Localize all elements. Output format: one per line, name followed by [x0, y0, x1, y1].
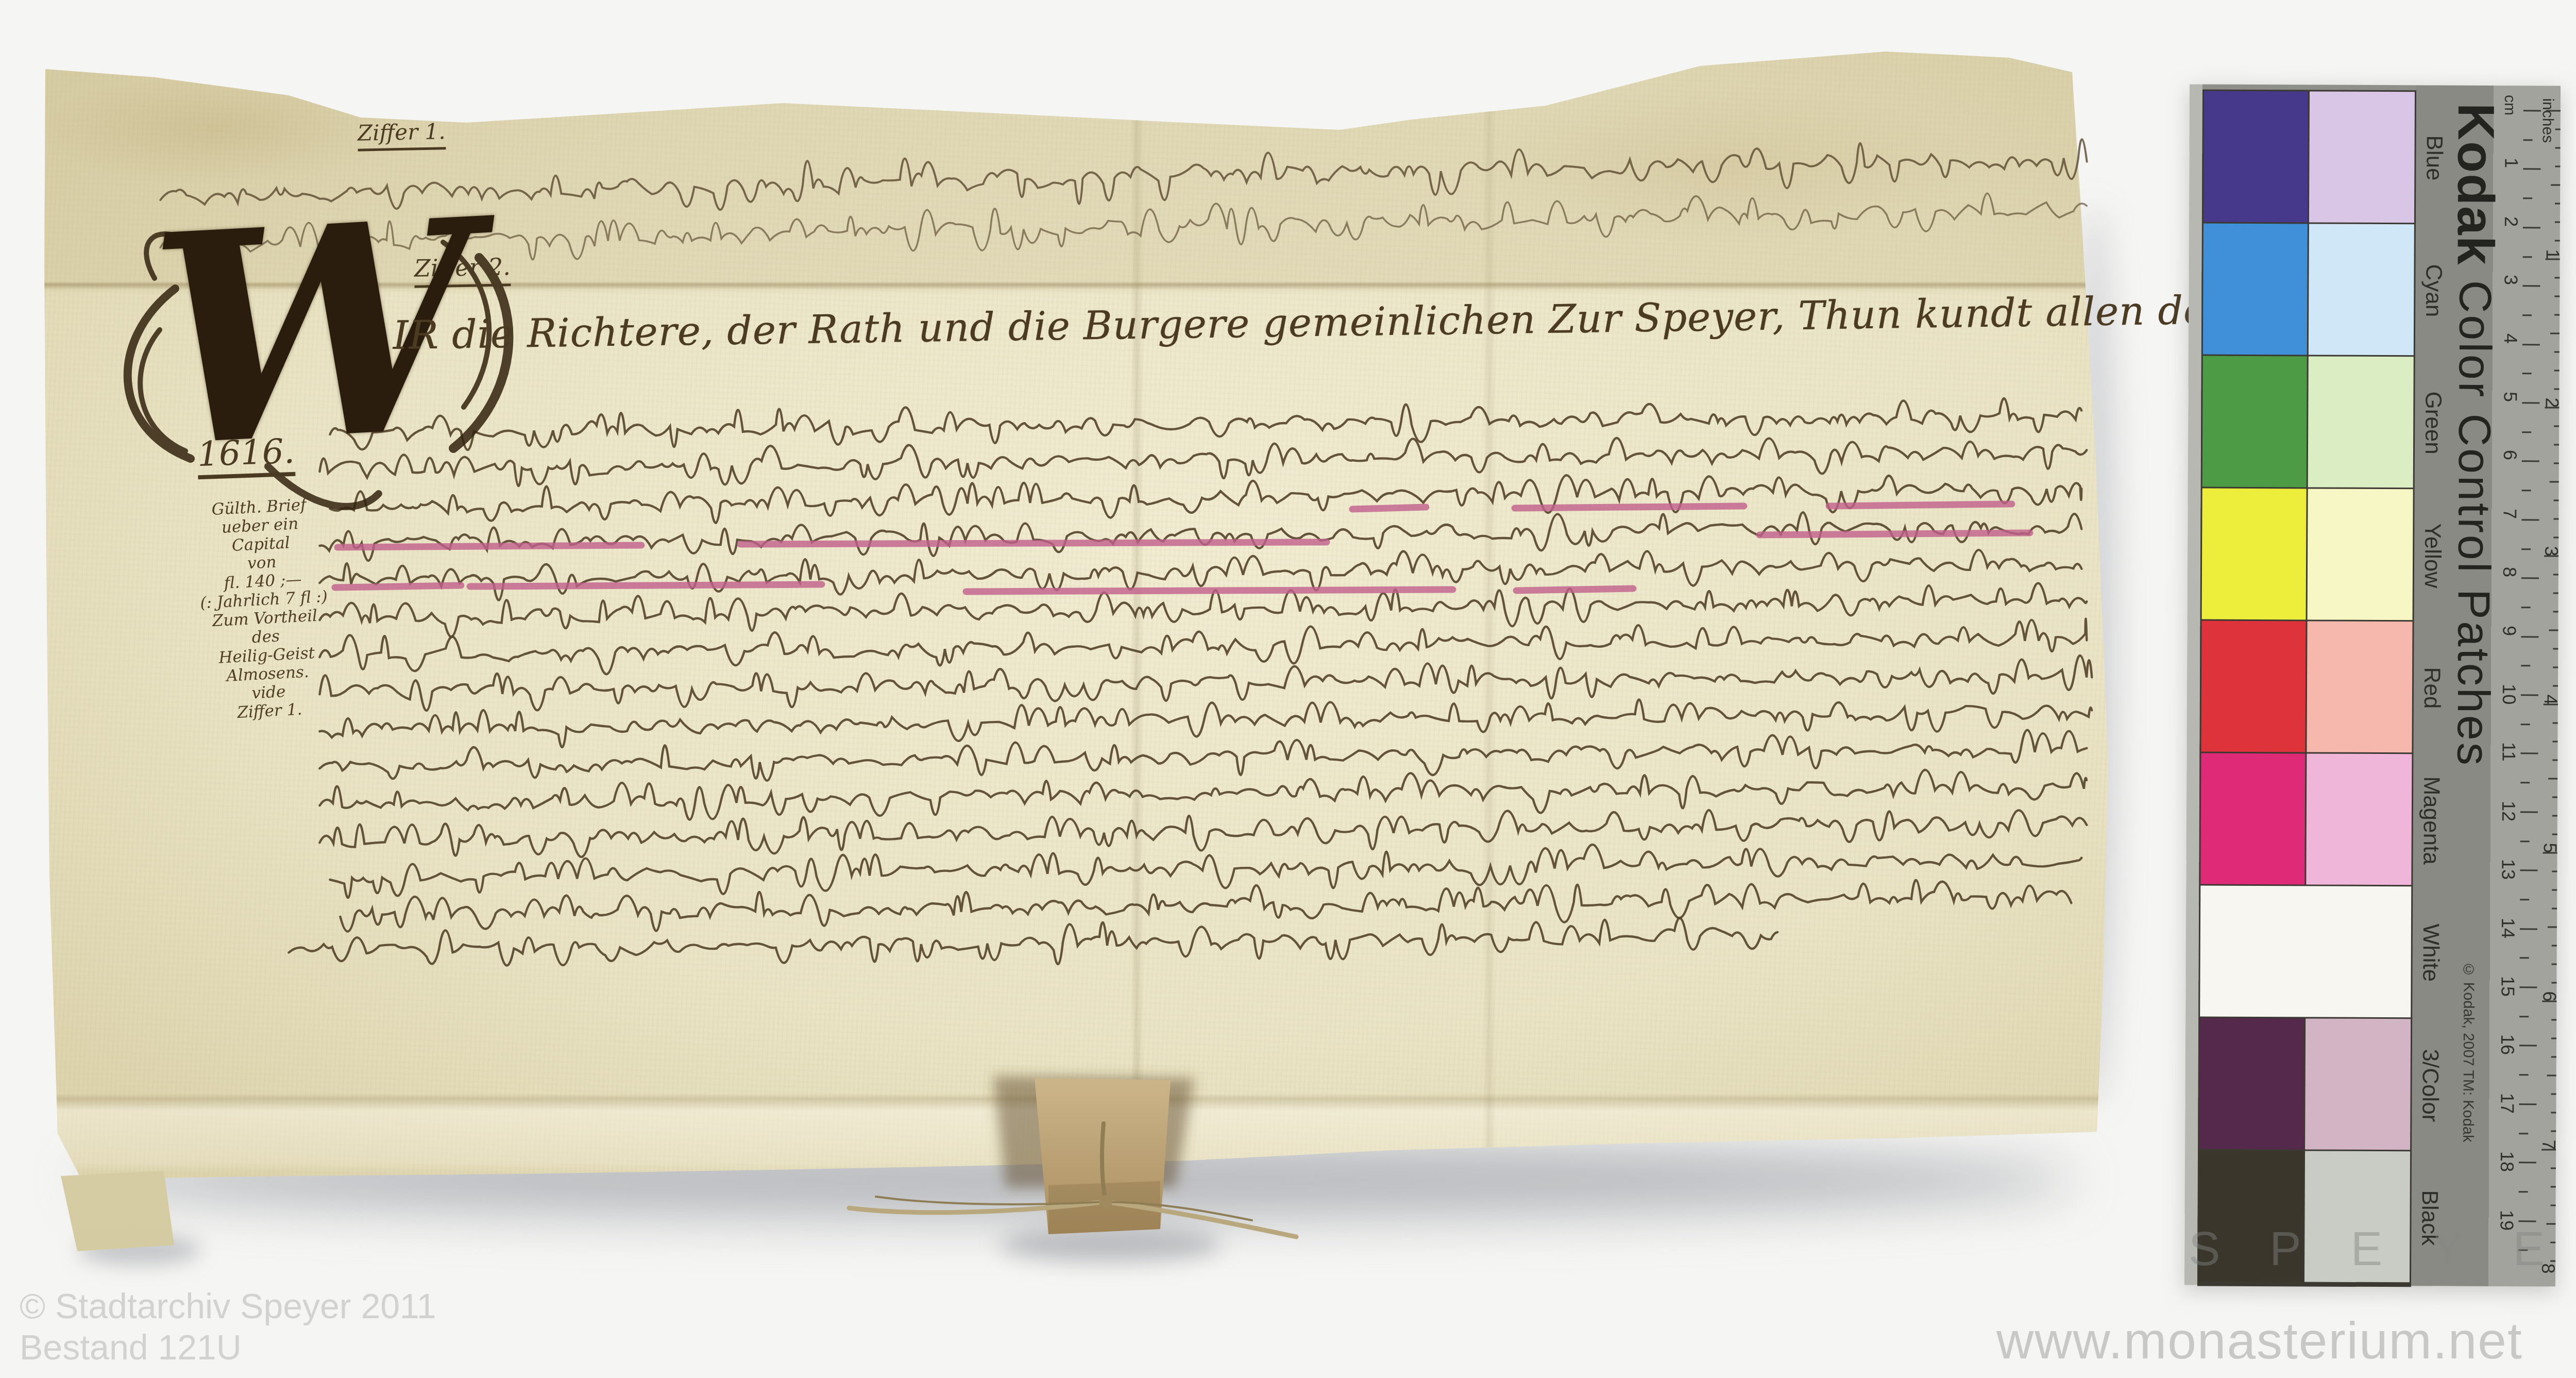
handwriting-line: [330, 839, 2082, 898]
ruler-inch-tick: [2551, 1205, 2556, 1206]
ruler-cm-tick: [2522, 431, 2531, 433]
ruler-inch-tick: [2552, 815, 2557, 817]
patch-yellow: [2308, 489, 2413, 620]
ruler-cm-number: 15: [2497, 976, 2518, 997]
ruler-cm-tick: [2520, 841, 2530, 842]
ruler-cm-number: 7: [2499, 509, 2520, 519]
ruler-cm-tick: [2522, 460, 2539, 462]
ruler-inch-tick: [2553, 722, 2558, 724]
ruler-inch-tick: [2551, 1131, 2556, 1132]
ruler-cm-tick: [2519, 1191, 2528, 1192]
ruler-cm-tick: [2521, 724, 2530, 725]
ruler-cm-tick: [2519, 1016, 2529, 1017]
ruler-inch-tick: [2551, 1038, 2556, 1039]
patch-label-red: Red: [2416, 621, 2447, 754]
ruler-cm-tick: [2523, 227, 2540, 228]
patch-3color: [2305, 1018, 2411, 1150]
patch-3color: [2199, 1018, 2304, 1150]
ruler-inch-tick: [2553, 667, 2558, 668]
ruler-cm-tick: [2520, 869, 2537, 871]
patch-blue: [2204, 91, 2308, 223]
ruler-inch-tick: [2553, 685, 2558, 687]
ruler-inch-number: 6: [2538, 991, 2560, 1001]
patch-label-green: Green: [2418, 357, 2448, 489]
ruler-cm-tick: [2520, 782, 2530, 783]
ruler-inches-label: inches: [2539, 98, 2556, 143]
patch-label-white: White: [2415, 886, 2446, 1019]
ruler-inch-tick: [2552, 945, 2557, 947]
patch-label-cyan: Cyan: [2418, 224, 2449, 357]
ruler-inch-number: 4: [2540, 694, 2562, 704]
ruler-cm-tick: [2521, 694, 2538, 696]
red-underline: [1759, 533, 2030, 535]
ruler-cm-tick: [2523, 110, 2541, 111]
patch-green: [2308, 356, 2414, 488]
ruler-inch-tick: [2551, 1112, 2556, 1114]
ruler-inch-tick: [2552, 964, 2557, 965]
ruler-cm-tick: [2522, 344, 2540, 345]
red-underline: [335, 585, 461, 587]
ruler-inch-tick: [2552, 797, 2557, 798]
red-underline: [966, 590, 1453, 592]
ruler-cm-tick: [2521, 519, 2539, 520]
ruler-cm-tick: [2522, 285, 2540, 287]
ruler-inch-tick: [2552, 871, 2557, 872]
ruler-inch-tick: [2553, 593, 2558, 594]
handwriting-line: [340, 877, 2072, 935]
ruler-inch-tick: [2552, 889, 2557, 891]
ruler-inch-tick: [2552, 760, 2557, 761]
ruler-cm-number: 12: [2498, 801, 2519, 821]
ruler-cm-number: 5: [2499, 392, 2521, 402]
handwriting-line: [319, 656, 2092, 713]
ruler-cm-tick: [2520, 928, 2537, 930]
ruler-inch-tick: [2551, 1056, 2556, 1058]
ruler-cm-tick: [2523, 168, 2540, 170]
ruler-inch-tick: [2554, 426, 2559, 427]
handwriting-line: [330, 395, 2082, 453]
ruler-inch-tick: [2548, 926, 2557, 928]
ruler-inch-tick: [2553, 574, 2558, 576]
patch-white: [2200, 886, 2411, 1018]
ruler-inch-tick: [2553, 611, 2558, 613]
ruler-inch-tick: [2554, 370, 2560, 372]
handwriting-line: [289, 915, 1778, 972]
ruler-cm-tick: [2523, 139, 2533, 141]
ruler-cm-tick: [2519, 1103, 2536, 1105]
ruler-cm-tick: [2518, 1220, 2536, 1222]
ruler-cm-number: 9: [2498, 626, 2520, 636]
ruler-cm-number: 17: [2496, 1093, 2518, 1114]
ruler-inch-tick: [2554, 444, 2559, 446]
handwriting-line: [319, 766, 2087, 826]
ruler: cm inches 123456789101112131415161718191…: [2488, 86, 2561, 1287]
patch-label-blue: Blue: [2419, 92, 2449, 224]
patch-cyan: [2203, 224, 2308, 355]
ruler-cm-tick: [2523, 256, 2532, 258]
ruler-cm-tick: [2521, 636, 2538, 637]
ruler-cm-tick: [2522, 490, 2531, 491]
ruler-inch-tick: [2548, 778, 2557, 779]
ruler-cm-tick: [2519, 1074, 2529, 1075]
red-underline: [1515, 506, 1744, 508]
ruler-inch-number: 1: [2542, 249, 2564, 259]
ruler-inch-tick: [2554, 296, 2560, 297]
patch-cyan: [2309, 224, 2414, 355]
patch-grid: [2197, 90, 2416, 1287]
ruler-cm-tick: [2519, 986, 2537, 988]
ruler-cm-number: 2: [2500, 216, 2522, 227]
ruler-cm-number: 10: [2498, 684, 2520, 704]
ruler-cm-tick: [2520, 957, 2529, 959]
ruler-inch-tick: [2555, 203, 2560, 205]
ruler-cm-tick: [2521, 665, 2530, 666]
ruler-cm-tick: [2520, 811, 2538, 813]
ruler-cm-number: 6: [2499, 450, 2521, 460]
ruler-inch-tick: [2549, 629, 2558, 631]
ruler-inch-tick: [2553, 648, 2558, 650]
patch-label-magenta: Magenta: [2416, 754, 2446, 886]
ruler-cm-number: 4: [2500, 333, 2521, 344]
ruler-cm-number: 11: [2498, 742, 2519, 762]
kodak-color-target: BlueCyanGreenYellowRedMagentaWhite3/Colo…: [2184, 84, 2561, 1286]
ruler-cm-tick: [2522, 402, 2539, 404]
ruler-inch-tick: [2552, 834, 2557, 835]
archive-copyright-watermark: © Stadtarchiv Speyer 2011: [20, 1286, 436, 1326]
ruler-cm-number: 1: [2500, 158, 2522, 168]
monasterium-url-watermark: www.monasterium.net: [1996, 1312, 2523, 1371]
patch-blue: [2309, 91, 2415, 223]
ruler-inch-tick: [2551, 982, 2556, 984]
ruler-inch-tick: [2554, 463, 2559, 464]
red-underline: [470, 584, 822, 586]
ruler-inch-tick: [2554, 351, 2560, 353]
handwriting-line: [319, 617, 2087, 677]
ruler-inch-tick: [2555, 129, 2561, 130]
ruler-inch-number: 3: [2540, 546, 2562, 556]
ruler-inch-tick: [2555, 240, 2560, 242]
red-underline: [1516, 589, 1633, 591]
patch-label-yellow: Yellow: [2417, 489, 2448, 621]
handwriting-line: [319, 804, 2087, 860]
ruler-inch-tick: [2555, 147, 2561, 149]
ruler-inch-tick: [2551, 1186, 2556, 1188]
ruler-cm-tick: [2519, 1045, 2537, 1046]
ruler-inch-tick: [2553, 518, 2558, 520]
handwriting-line: [319, 693, 2092, 750]
red-underline: [1829, 504, 2012, 506]
ruler-inch-tick: [2555, 222, 2560, 223]
ruler-cm-number: 8: [2499, 567, 2520, 577]
patch-magenta: [2200, 753, 2305, 885]
patch-yellow: [2202, 489, 2307, 620]
ruler-inch-tick: [2554, 277, 2560, 279]
ruler-cm-tick: [2519, 1133, 2528, 1134]
patch-label-3color: 3/Color: [2415, 1019, 2445, 1151]
ruler-cm-tick: [2521, 577, 2539, 579]
red-underline: [740, 542, 1327, 544]
ruler-inch-tick: [2551, 1094, 2556, 1095]
ruler-cm-tick: [2519, 1162, 2536, 1163]
red-underline: [337, 545, 641, 547]
handwriting-line: [330, 470, 2082, 528]
speyer-letters-watermark: SPEYER: [2189, 1222, 2576, 1276]
ruler-inch-tick: [2551, 184, 2560, 186]
note-ziffer-1: Ziffer 1.: [357, 119, 446, 152]
scanned-charter-page: Ziffer 1. Ziffer 2. 1616. Gülth. Briefue…: [0, 0, 2576, 1378]
ruler-inch-tick: [2555, 166, 2560, 167]
ruler-inch-tick: [2554, 389, 2560, 390]
ruler-cm-tick: [2520, 899, 2529, 900]
ruler-inch-tick: [2546, 110, 2561, 111]
ruler-inch-tick: [2551, 1019, 2556, 1021]
handwriting-line: [319, 729, 2087, 786]
ruler-inch-tick: [2550, 481, 2559, 482]
archive-bestand-watermark: Bestand 121U: [20, 1327, 242, 1368]
ruler-cm-tick: [2522, 373, 2532, 374]
ruler-cm-number: 18: [2496, 1151, 2518, 1172]
ruler-cm-label: cm: [2501, 95, 2518, 115]
margin-note-gueltbrief: Gülth. Briefueber einCapitalvonfl. 140 ;…: [174, 494, 355, 725]
handwriting-line: [319, 432, 2087, 490]
ruler-inch-tick: [2550, 332, 2560, 334]
ruler-cm-number: 16: [2497, 1034, 2518, 1055]
ruler-inch-tick: [2554, 314, 2560, 316]
patch-red: [2201, 621, 2306, 752]
ruler-cm-tick: [2523, 197, 2532, 199]
ruler-cm-number: 13: [2497, 859, 2519, 880]
ruler-cm-tick: [2522, 314, 2532, 316]
patch-red: [2307, 621, 2412, 752]
seal-tag: [849, 1076, 1296, 1237]
ruler-inch-number: 7: [2538, 1139, 2560, 1150]
red-underline: [1352, 507, 1426, 509]
ruler-inch-tick: [2554, 500, 2559, 501]
patch-magenta: [2306, 753, 2412, 885]
ruler-inch-tick: [2552, 908, 2557, 910]
ruler-cm-number: 3: [2500, 275, 2521, 285]
ruler-cm-tick: [2521, 607, 2531, 608]
ruler-inch-number: 5: [2539, 843, 2561, 853]
ruler-inch-tick: [2553, 741, 2558, 743]
patch-green: [2202, 356, 2307, 488]
ruler-cm-tick: [2520, 752, 2538, 754]
ruler-inch-tick: [2553, 537, 2558, 539]
ruler-inch-tick: [2551, 1168, 2556, 1169]
ruler-cm-number: 14: [2497, 918, 2519, 938]
ruler-inch-number: 2: [2541, 397, 2563, 408]
ruler-cm-tick: [2521, 548, 2531, 550]
ruler-inch-tick: [2547, 1074, 2556, 1076]
